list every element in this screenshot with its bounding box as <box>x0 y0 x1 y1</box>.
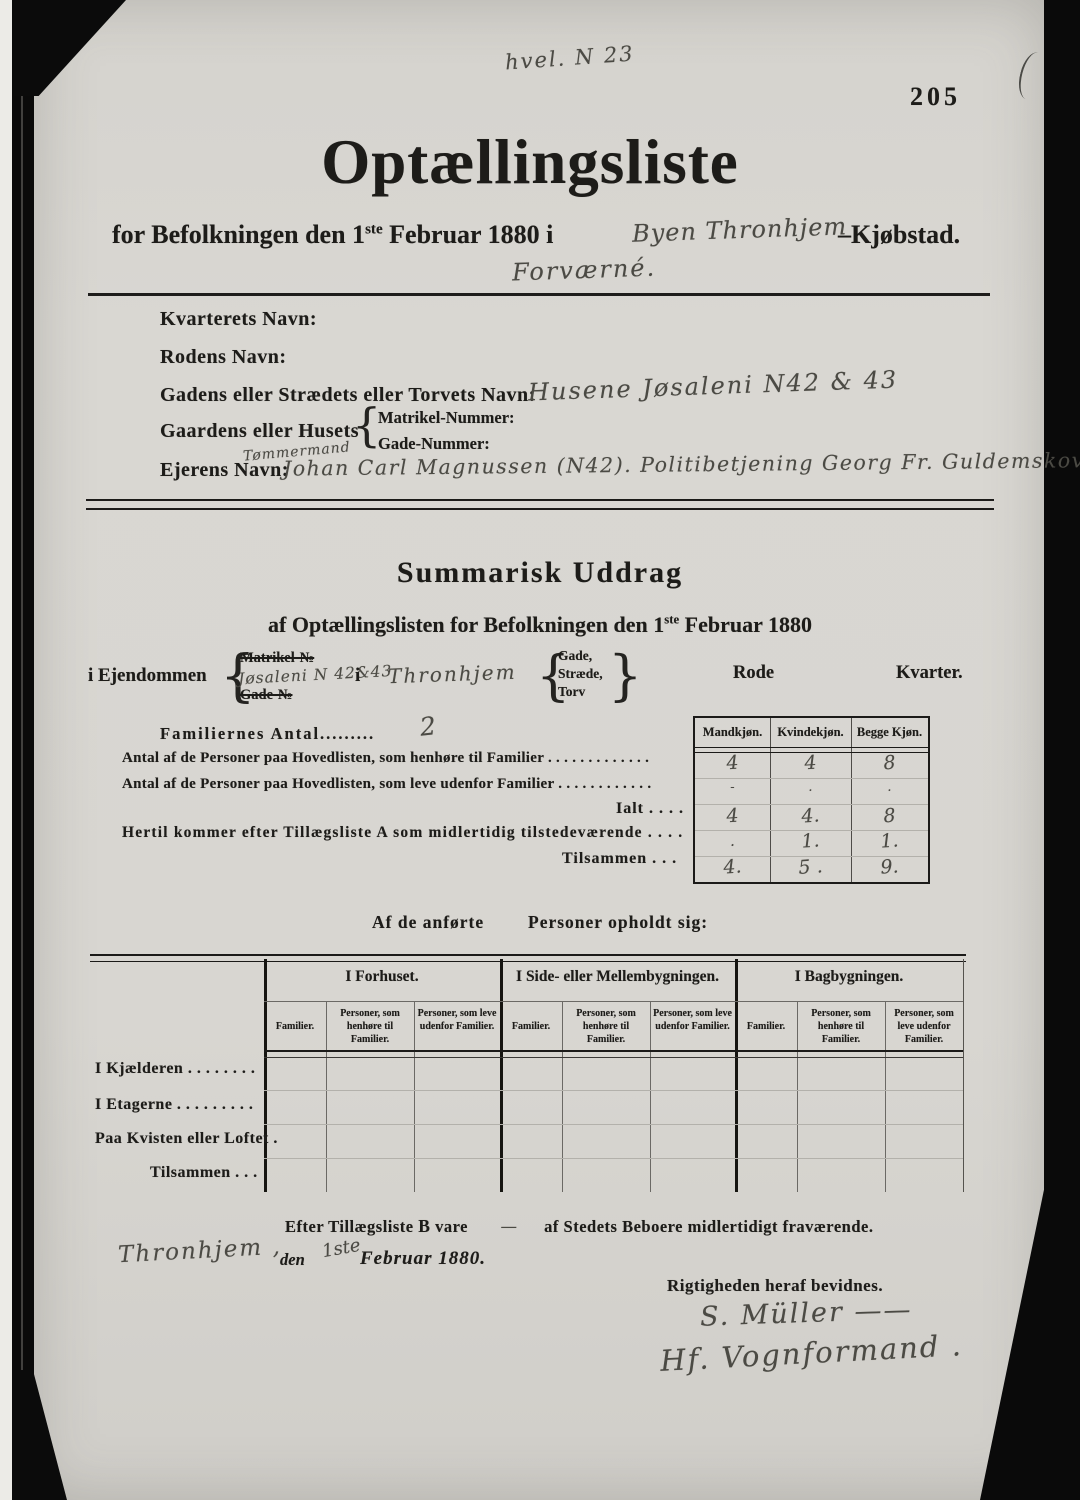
row-label-tilsammen: Tilsammen . . . <box>150 1164 258 1182</box>
building-table-top-rule <box>90 954 966 962</box>
page-number: 205 <box>910 82 961 112</box>
subtitle-line: for Befolkningen den 1ste Februar 1880 i <box>112 220 553 250</box>
tillaegsliste-line: Efter Tillægsliste B vare — af Stedets B… <box>285 1216 873 1237</box>
rule-top <box>88 293 990 296</box>
subheader-henhore: Personer, som henhøre til Familier. <box>564 1007 648 1046</box>
kvarter-label: Kvarter. <box>896 663 963 684</box>
gender-cell: 4. <box>769 802 851 830</box>
kvarterets-label: Kvarterets Navn: <box>160 308 317 331</box>
ejendommen-i-word: i <box>355 665 360 687</box>
subtitle-mid: Februar 1880 i <box>383 220 554 249</box>
straede-word: Stræde, <box>558 666 603 682</box>
gender-cell: 4. <box>694 853 770 880</box>
subheader-familier: Familier. <box>735 1020 797 1033</box>
summary-row-henhore: Antal af de Personer paa Hovedlisten, so… <box>122 750 694 767</box>
row-label-kjaelderen: I Kjælderen . . . . . . . . <box>95 1060 255 1078</box>
matrikel-nummer-label: Matrikel-Nummer: <box>378 408 515 428</box>
gender-cell: 4 <box>694 749 770 776</box>
summary-row-ialt: Ialt . . . . <box>616 800 684 818</box>
subtitle-sup: ste <box>365 221 383 237</box>
gender-cell: 8 <box>850 749 928 776</box>
scanned-census-page: { "colors": { "paper": "#d8d6d1", "ink":… <box>0 0 1080 1500</box>
subheader-familier: Familier. <box>500 1020 562 1033</box>
gender-cell: . <box>695 832 770 850</box>
mid-caption-right: Personer opholdt sig: <box>528 912 708 933</box>
summary-row-udenfor: Antal af de Personer paa Hovedlisten, so… <box>122 776 694 793</box>
page-title: Optællingsliste <box>240 126 820 199</box>
gender-table: Mandkjøn. Kvindekjøn. Begge Kjøn. 4 4 8 … <box>693 716 930 884</box>
familier-antal-value-handwritten: 2 <box>419 711 438 742</box>
summary-sub-pre: af Optællingslisten for Befolkningen den… <box>268 612 664 637</box>
ejendommen-label: i Ejendommen <box>88 665 207 687</box>
gade-word: Gade, <box>558 648 592 664</box>
gade-nummer-label: Gade-Nummer: <box>378 434 490 454</box>
gender-cell: . <box>770 780 851 795</box>
subtitle-kjobstad: –Kjøbstad. <box>838 220 960 250</box>
mid-caption-left: Af de anførte <box>372 912 484 933</box>
ejerens-label: Ejerens Navn: <box>160 459 289 482</box>
group-header-forhuset: I Forhuset. <box>264 968 500 986</box>
torv-word: Torv <box>558 684 585 700</box>
summary-sub-post: Februar 1880 <box>679 612 812 637</box>
row-label-etagerne: I Etagerne . . . . . . . . . <box>95 1096 253 1114</box>
scan-left-edge-highlight <box>21 0 23 1500</box>
rule-double <box>86 499 994 510</box>
gade-no-struck: Gade-№ <box>240 687 292 704</box>
tillaeg-pre: Efter Tillægsliste <box>285 1217 414 1236</box>
gender-cell: 1. <box>850 827 928 854</box>
gender-cell: 9. <box>850 853 928 880</box>
summary-subheading: af Optællingslisten for Befolkningen den… <box>190 612 890 638</box>
ejendommen-city-handwritten: Thronhjem <box>388 660 517 688</box>
tillaeg-post: af Stedets Beboere midlertidigt fraværen… <box>544 1217 873 1236</box>
gender-header-beggekjon: Begge Kjøn. <box>851 725 928 740</box>
rodens-label: Rodens Navn: <box>160 346 287 369</box>
subheader-henhore: Personer, som henhøre til Familier. <box>799 1007 883 1046</box>
subheader-familier: Familier. <box>264 1020 326 1033</box>
gender-cell: - <box>695 780 770 795</box>
gender-cell: 8 <box>850 802 928 829</box>
gaardens-label: Gaardens eller Husets <box>160 420 359 443</box>
summary-sub-sup: ste <box>664 613 679 627</box>
gender-cell: 5 . <box>769 853 851 881</box>
group-header-mellembygningen: I Side- eller Mellembygningen. <box>500 968 735 986</box>
rode-label: Rode <box>733 663 774 684</box>
building-table-header-rule <box>264 1050 963 1058</box>
gender-header-kvindekjon: Kvindekjøn. <box>770 725 851 740</box>
row-label-kvisten: Paa Kvisten eller Loftet . <box>95 1130 278 1148</box>
subheader-udenfor: Personer, som leve udenfor Familier. <box>416 1007 498 1033</box>
summary-row-hertil: Hertil kommer efter Tillægsliste A som m… <box>122 824 687 842</box>
subtitle-handwritten-2: Forværné. <box>512 253 657 286</box>
gender-cell: . <box>851 780 928 795</box>
gadens-label: Gadens eller Strædets eller Torvets Navn… <box>160 384 536 407</box>
subheader-udenfor: Personer, som leve udenfor Familier. <box>652 1007 733 1033</box>
gender-cell: 4 <box>769 749 851 777</box>
attest-line: Rigtigheden heraf bevidnes. <box>667 1276 883 1296</box>
footer-date-rest: Februar 1880. <box>360 1248 486 1270</box>
summary-row-familier-antal: Familiernes Antal......... <box>160 724 375 744</box>
tillaeg-vare: vare <box>435 1217 468 1236</box>
gender-cell: 4 <box>694 802 770 829</box>
gade-brace-close: } <box>608 644 642 707</box>
summary-row-tilsammen: Tilsammen . . . <box>562 850 677 868</box>
gender-header-mandkjon: Mandkjøn. <box>695 725 770 740</box>
gaardens-brace: { <box>352 398 381 452</box>
group-header-bagbygningen: I Bagbygningen. <box>735 968 963 986</box>
tillaeg-b: B <box>418 1216 430 1236</box>
matrikel-no-struck: Matrikel-№ <box>240 650 314 667</box>
footer-den-word: den <box>280 1250 305 1270</box>
subtitle-pre: for Befolkningen den 1 <box>112 220 365 249</box>
summary-heading: Summarisk Uddrag <box>340 556 740 590</box>
subheader-henhore: Personer, som henhøre til Familier. <box>328 1007 412 1046</box>
gender-cell: 1. <box>769 827 851 855</box>
tillaeg-dash-handwritten: — <box>501 1217 518 1236</box>
subheader-udenfor: Personer, som leve udenfor Familier. <box>887 1007 961 1046</box>
